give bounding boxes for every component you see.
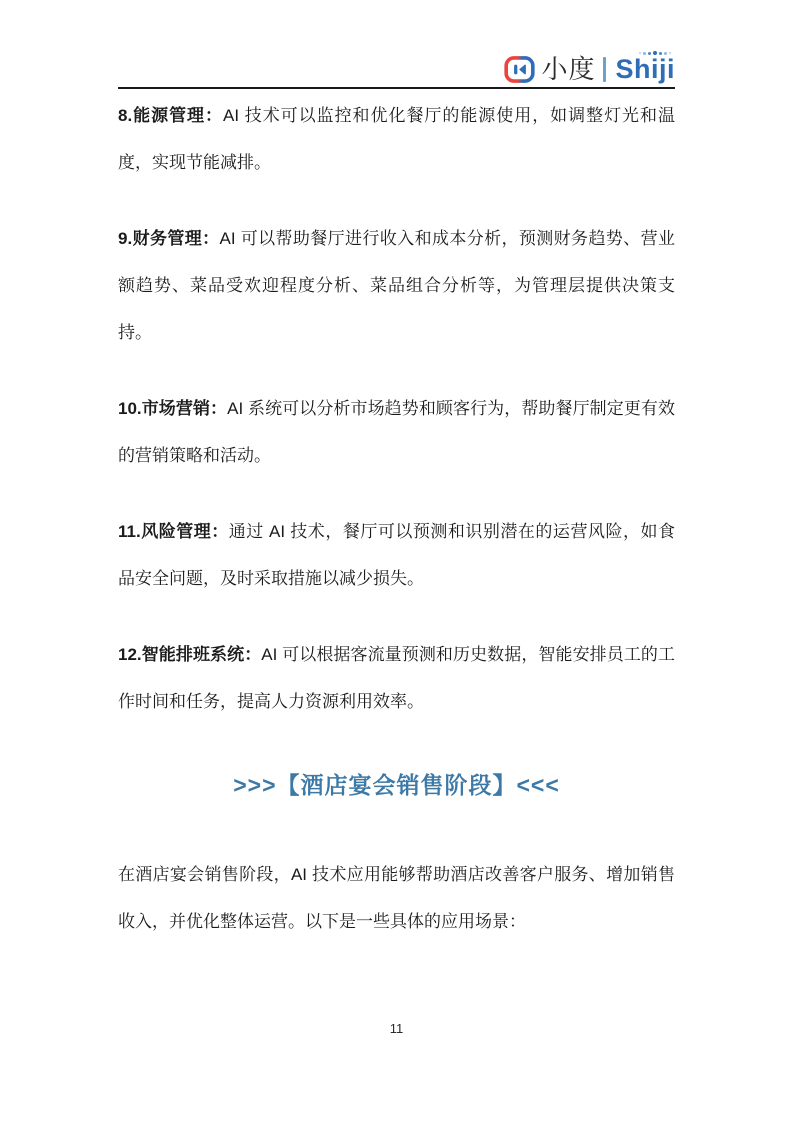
- header-logo: 小度 Shiji: [504, 53, 675, 85]
- section-heading-hotel-banquet-sales: >>>【酒店宴会销售阶段】<<<: [118, 762, 675, 809]
- xiaodu-robot-icon: [504, 56, 535, 83]
- page-number: 11: [0, 1021, 793, 1036]
- paragraph-8-label: 8.能源管理：: [118, 106, 223, 125]
- header-divider: [118, 87, 675, 89]
- paragraph-9-financial-management: 9.财务管理：AI 可以帮助餐厅进行收入和成本分析，预测财务趋势、营业额趋势、菜…: [118, 215, 675, 356]
- paragraph-10-label: 10.市场营销：: [118, 399, 227, 418]
- paragraph-11-label: 11.风险管理：: [118, 522, 229, 541]
- document-page: 小度 Shiji 8.能源管理：AI 技术可以监控和优化餐厅的能源使用，如调整灯…: [0, 0, 793, 1123]
- shiji-wordmark-text: Shiji: [615, 54, 675, 84]
- intro-paragraph-banquet-sales: 在酒店宴会销售阶段，AI 技术应用能够帮助酒店改善客户服务、增加销售收入，并优化…: [118, 851, 675, 945]
- logo-separator: [603, 57, 606, 82]
- paragraph-12-smart-scheduling: 12.智能排班系统：AI 可以根据客流量预测和历史数据，智能安排员工的工作时间和…: [118, 631, 675, 725]
- shiji-wordmark: Shiji: [615, 53, 675, 85]
- paragraph-9-label: 9.财务管理：: [118, 229, 220, 248]
- paragraph-8-energy-management: 8.能源管理：AI 技术可以监控和优化餐厅的能源使用，如调整灯光和温度，实现节能…: [118, 92, 675, 186]
- paragraph-11-risk-management: 11.风险管理：通过 AI 技术，餐厅可以预测和识别潜在的运营风险，如食品安全问…: [118, 508, 675, 602]
- document-body: 8.能源管理：AI 技术可以监控和优化餐厅的能源使用，如调整灯光和温度，实现节能…: [118, 92, 675, 974]
- shiji-halo-dots-icon: [639, 51, 671, 55]
- paragraph-12-label: 12.智能排班系统：: [118, 645, 261, 664]
- paragraph-10-marketing: 10.市场营销：AI 系统可以分析市场趋势和顾客行为，帮助餐厅制定更有效的营销策…: [118, 385, 675, 479]
- xiaodu-wordmark: 小度: [541, 53, 595, 85]
